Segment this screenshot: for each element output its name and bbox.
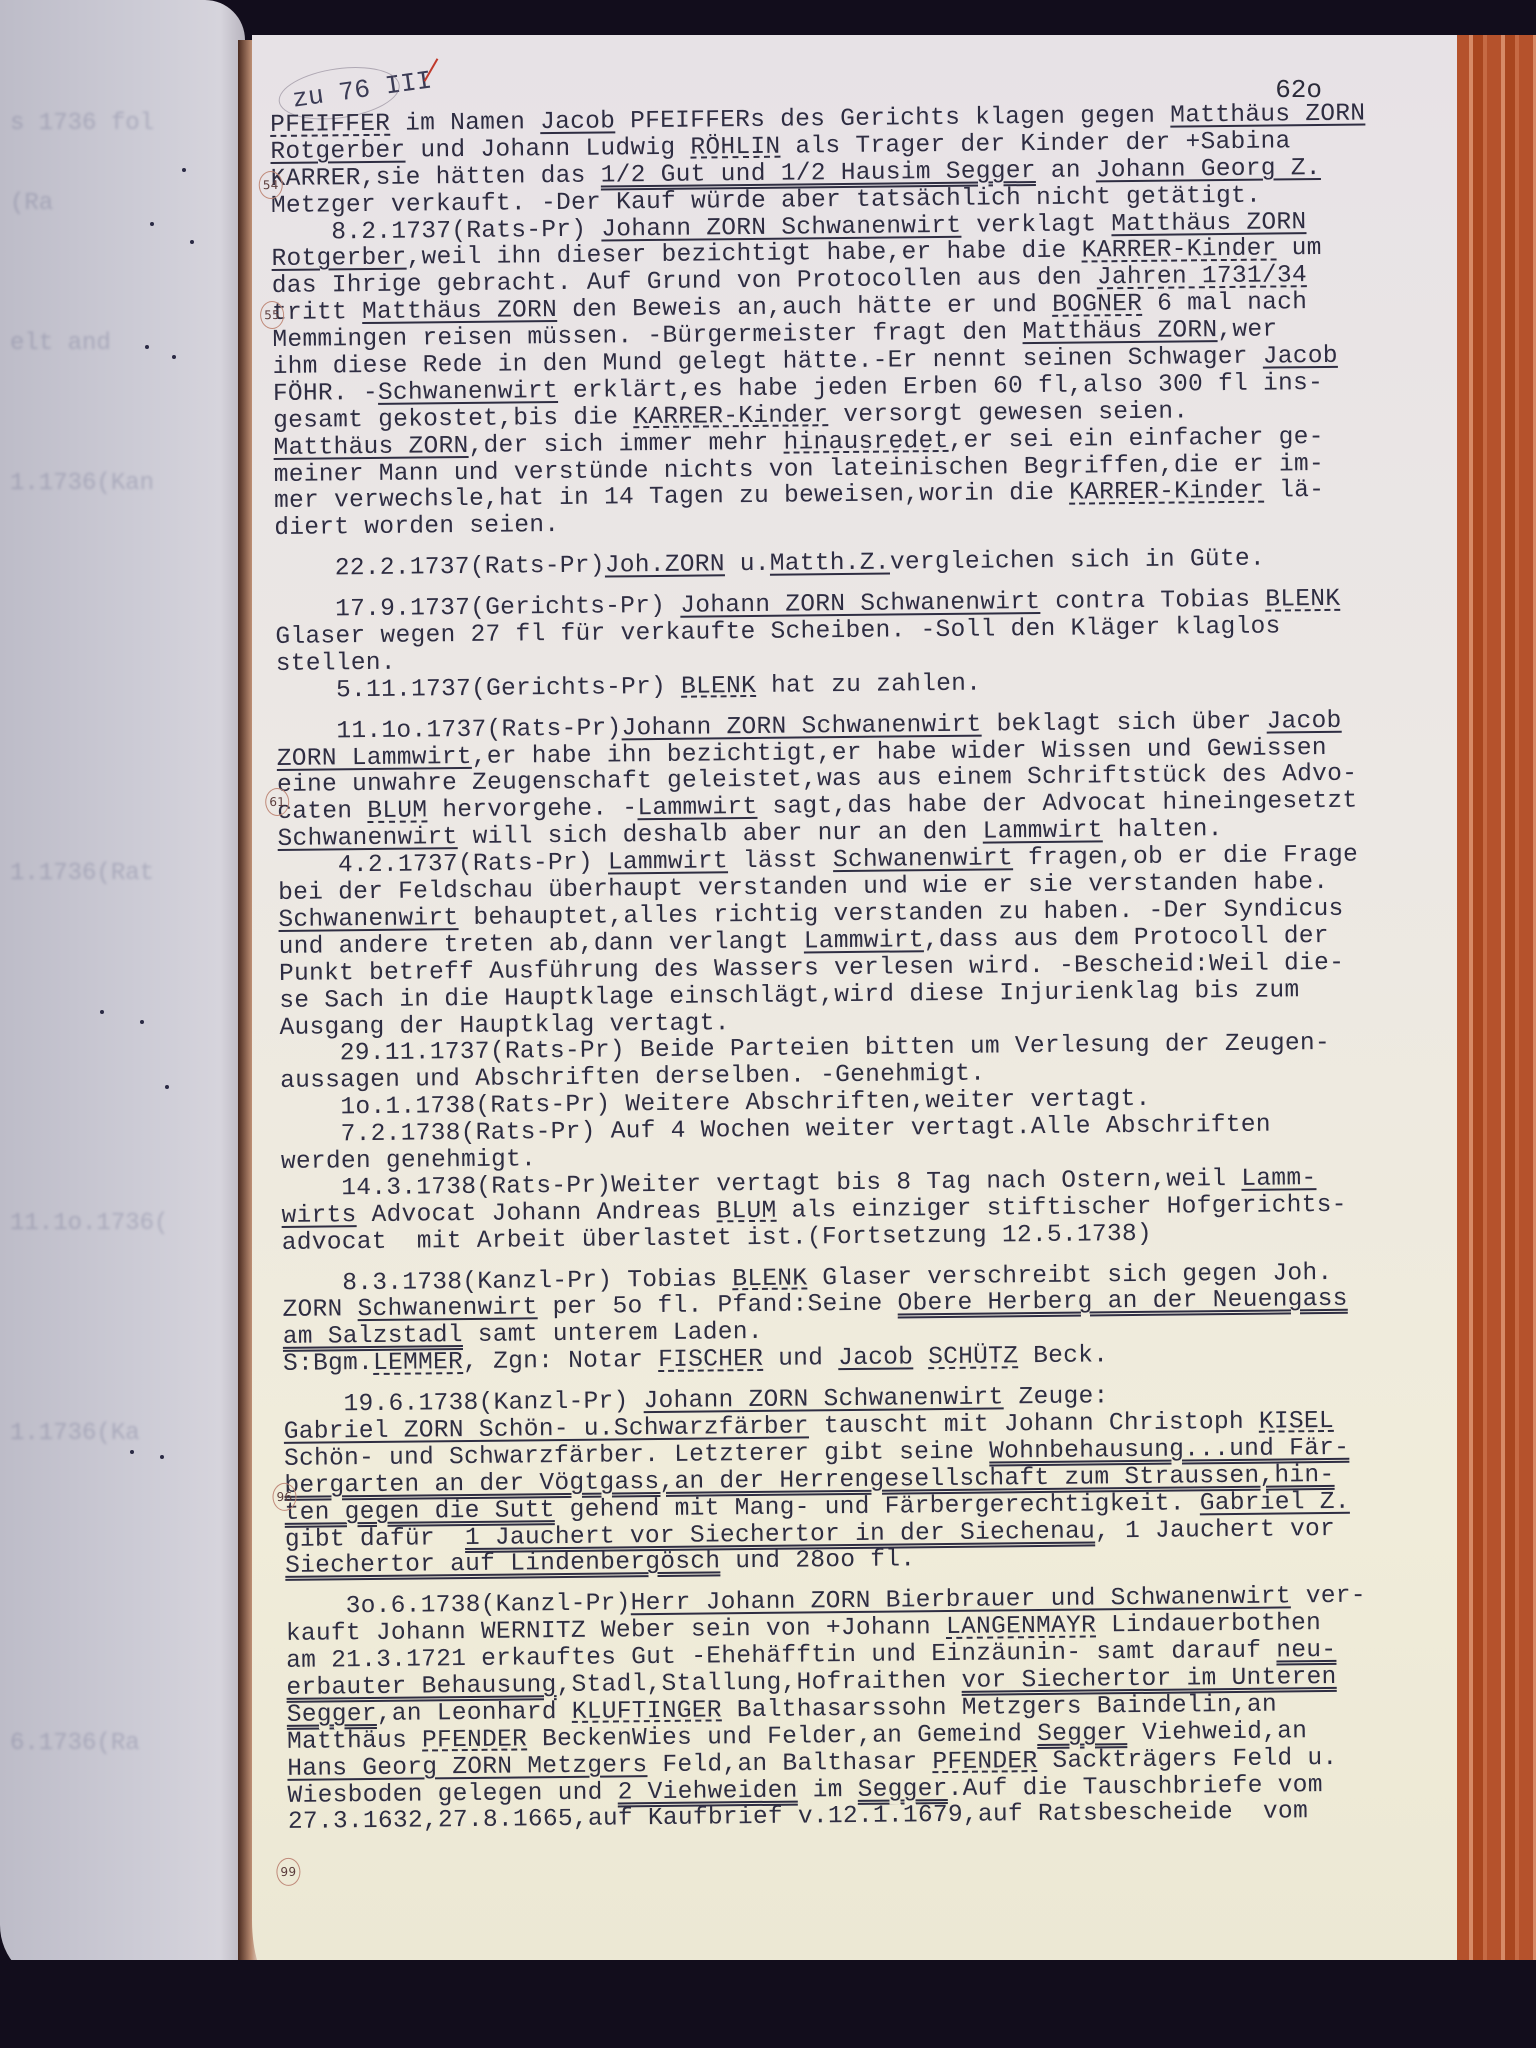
margin-note: 55 <box>260 301 284 329</box>
left-page-ghost-text: 6.1736(Ra <box>10 1730 240 1757</box>
underlined-term: KARRER-Kinder <box>1081 236 1276 265</box>
underlined-term: Jahren 1731/34 <box>1097 262 1307 291</box>
underlined-term: Johann Georg Z. <box>1096 155 1321 184</box>
underlined-term: KISEL <box>1259 1408 1334 1436</box>
underlined-term: Lammwirt <box>608 848 728 876</box>
reference-mark: zu 76 III <box>291 65 434 114</box>
margin-note: 61 <box>265 788 289 816</box>
page-edges <box>1455 35 1536 1985</box>
underlined-term: Lammwirt <box>637 794 757 822</box>
underlined-term: PFENDER <box>422 1726 527 1754</box>
underlined-term: Jacob <box>1263 343 1338 371</box>
underlined-term: Joh.ZORN <box>605 552 725 580</box>
right-page: zu 76 III 62o 54 55 61 96 99 PFEIFFER im… <box>252 35 1457 1980</box>
underlined-term: RÖHLIN <box>690 134 780 162</box>
left-page-facing: s 1736 fol (Ra elt and 1.1736(Kan 1.1736… <box>0 0 245 1985</box>
underlined-term: Jacob <box>540 108 615 136</box>
left-page-ghost-text: s 1736 fol <box>10 110 240 137</box>
underlined-term: Jacob <box>838 1345 913 1373</box>
underlined-term: Johann ZORN Schwanenwirt <box>643 1384 1003 1415</box>
underlined-term: Schwanenwirt <box>833 845 1013 874</box>
underlined-term: KARRER-Kinder <box>633 402 828 431</box>
underlined-term: BLUM <box>367 798 427 826</box>
left-page-ghost-text: elt and <box>10 330 240 357</box>
underlined-term: FISCHER <box>658 1346 763 1374</box>
underlined-term: LEMMER <box>373 1349 463 1377</box>
underlined-term: Johann ZORN Schwanenwirt <box>680 589 1040 620</box>
underlined-term: Lammwirt <box>983 818 1103 846</box>
underlined-term: Segger <box>287 1701 377 1729</box>
underlined-term: Johann ZORN Schwanenwirt <box>601 212 961 243</box>
underlined-term: PFENDER <box>932 1748 1037 1776</box>
underlined-term: Jacob <box>1266 708 1341 736</box>
underlined-term: Segger <box>1037 1720 1127 1748</box>
underlined-term: erbauter Behausung <box>286 1672 556 1702</box>
underlined-term: Schwanenwirt <box>278 905 458 934</box>
underlined-term: Lammwirt <box>804 927 924 955</box>
underlined-term: Matthäus ZORN <box>1111 209 1306 238</box>
left-page-ghost-text: 11.1o.1736( <box>10 1210 240 1237</box>
left-page-ghost-text: 1.1736(Kan <box>10 470 240 497</box>
underlined-term: Matthäus ZORN <box>362 297 557 326</box>
typed-text-body: 54 55 61 96 99 PFEIFFER im Namen Jacob P… <box>270 101 1458 1837</box>
underlined-term: 2 Viehweiden <box>618 1777 798 1806</box>
underlined-term: Siechertor auf Lindenbergösch <box>285 1549 720 1581</box>
underlined-term: BLUM <box>716 1197 776 1225</box>
underlined-term: BOGNER <box>1052 291 1142 319</box>
left-page-ghost-text: 1.1736(Rat <box>10 860 240 887</box>
underlined-term: ZORN Lammwirt <box>277 744 472 773</box>
underlined-term: Matthäus ZORN <box>1022 317 1217 346</box>
underlined-term: Matthäus ZORN <box>273 433 468 462</box>
underlined-term: Lamm- <box>1241 1165 1316 1193</box>
underlined-term: ten gegen die Sutt <box>285 1497 555 1527</box>
underlined-term: Segger <box>858 1776 948 1804</box>
underlined-term: Matth.Z. <box>770 550 890 578</box>
margin-note: 54 <box>259 171 283 199</box>
underlined-term: Schwanenwirt <box>378 378 558 407</box>
desk-background <box>0 1960 1536 2048</box>
underlined-term: Johann ZORN Schwanenwirt <box>621 711 981 742</box>
underlined-term: vor Siechertor im Unteren <box>961 1664 1336 1695</box>
underlined-term: SCHÜTZ <box>928 1343 1018 1371</box>
left-page-ghost-text: 1.1736(Ka <box>10 1420 240 1447</box>
underlined-term: LANGENMAYR <box>946 1613 1096 1642</box>
left-page-ghost-text: (Ra <box>10 190 240 217</box>
underlined-term: Gabriel Z. <box>1200 1488 1350 1517</box>
underlined-term: BLENK <box>681 673 756 701</box>
underlined-term: wirts <box>281 1202 356 1230</box>
underlined-term: neu- <box>1276 1637 1336 1665</box>
underlined-term: Obere Herberg an der Neuengass <box>897 1286 1347 1318</box>
underlined-term: Wohnbehausung...und Fär- <box>989 1435 1349 1466</box>
underlined-term: Schwanenwirt <box>277 824 457 853</box>
underlined-term: Hans Georg ZORN Metzgers <box>287 1752 647 1783</box>
underlined-term: KLUFTINGER <box>572 1697 722 1726</box>
underlined-term: Rotgerber <box>271 245 406 273</box>
underlined-term: PFEIFFER <box>270 111 390 139</box>
underlined-term: BLENK <box>1265 586 1340 614</box>
underlined-term: Rotgerber <box>270 137 405 165</box>
margin-note: 96 <box>272 1483 296 1511</box>
margin-note: 99 <box>276 1858 300 1886</box>
underlined-term: 1/2 Gut und 1/2 Hausim Segger <box>601 158 1036 190</box>
underlined-term: hinausredet <box>783 428 948 457</box>
underlined-term: Schwanenwirt <box>357 1295 537 1324</box>
underlined-term: Matthäus ZORN <box>1170 101 1365 130</box>
underlined-term: KARRER-Kinder <box>1069 478 1264 507</box>
underlined-term: am Salzstadl <box>283 1322 463 1351</box>
underlined-term: BLENK <box>732 1265 807 1293</box>
